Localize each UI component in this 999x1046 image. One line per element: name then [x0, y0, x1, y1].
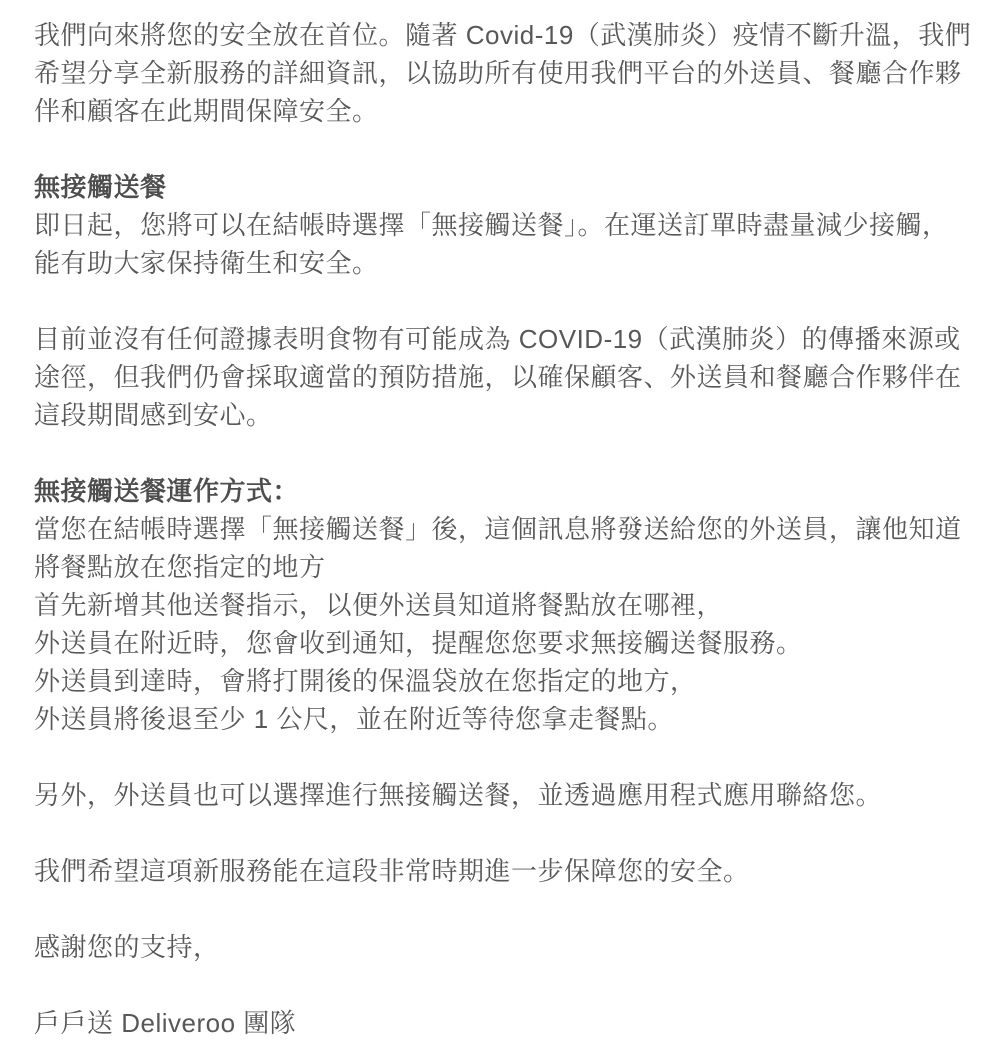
- text-line: 目前並沒有任何證據表明食物有可能成為 COVID-19（武漢肺炎）的傳播來源或: [34, 320, 971, 358]
- text-line: 我們希望這項新服務能在這段非常時期進一步保障您的安全。: [34, 852, 971, 890]
- text-line: 感謝您的支持，: [34, 928, 971, 966]
- text-line: 另外，外送員也可以選擇進行無接觸送餐，並透過應用程式應用聯絡您。: [34, 776, 971, 814]
- text-line: 將餐點放在您指定的地方: [34, 548, 971, 586]
- paragraph: 目前並沒有任何證據表明食物有可能成為 COVID-19（武漢肺炎）的傳播來源或途…: [34, 320, 971, 434]
- paragraph: 另外，外送員也可以選擇進行無接觸送餐，並透過應用程式應用聯絡您。: [34, 776, 971, 814]
- text-line: 當您在結帳時選擇「無接觸送餐」後，這個訊息將發送給您的外送員，讓他知道: [34, 510, 971, 548]
- text-line: 首先新增其他送餐指示，以便外送員知道將餐點放在哪裡，: [34, 586, 971, 624]
- text-line: 能有助大家保持衛生和安全。: [34, 244, 971, 282]
- section-heading: 無接觸送餐: [34, 168, 971, 206]
- text-line: 這段期間感到安心。: [34, 396, 971, 434]
- section-heading: 無接觸送餐運作方式：: [34, 472, 971, 510]
- text-line: 無接觸送餐: [34, 168, 971, 206]
- paragraph: 我們希望這項新服務能在這段非常時期進一步保障您的安全。: [34, 852, 971, 890]
- text-line: 外送員將後退至少 1 公尺，並在附近等待您拿走餐點。: [34, 700, 971, 738]
- text-line: 即日起，您將可以在結帳時選擇「無接觸送餐」。在運送訂單時盡量減少接觸，: [34, 206, 971, 244]
- text-line: 外送員到達時，會將打開後的保溫袋放在您指定的地方，: [34, 662, 971, 700]
- paragraph: 我們向來將您的安全放在首位。隨著 Covid-19（武漢肺炎）疫情不斷升溫，我們…: [34, 16, 971, 130]
- text-line: 我們向來將您的安全放在首位。隨著 Covid-19（武漢肺炎）疫情不斷升溫，我們: [34, 16, 971, 54]
- document-body: 我們向來將您的安全放在首位。隨著 Covid-19（武漢肺炎）疫情不斷升溫，我們…: [0, 0, 999, 1042]
- paragraph: 即日起，您將可以在結帳時選擇「無接觸送餐」。在運送訂單時盡量減少接觸，能有助大家…: [34, 206, 971, 282]
- text-line: 途徑，但我們仍會採取適當的預防措施，以確保顧客、外送員和餐廳合作夥伴在: [34, 358, 971, 396]
- text-line: 外送員在附近時，您會收到通知，提醒您您要求無接觸送餐服務。: [34, 624, 971, 662]
- paragraph: 感謝您的支持，: [34, 928, 971, 966]
- text-line: 無接觸送餐運作方式：: [34, 472, 971, 510]
- paragraph: 戶戶送 Deliveroo 團隊: [34, 1004, 971, 1042]
- text-line: 希望分享全新服務的詳細資訊，以協助所有使用我們平台的外送員、餐廳合作夥: [34, 54, 971, 92]
- paragraph: 當您在結帳時選擇「無接觸送餐」後，這個訊息將發送給您的外送員，讓他知道將餐點放在…: [34, 510, 971, 738]
- text-line: 戶戶送 Deliveroo 團隊: [34, 1004, 971, 1042]
- text-line: 伴和顧客在此期間保障安全。: [34, 92, 971, 130]
